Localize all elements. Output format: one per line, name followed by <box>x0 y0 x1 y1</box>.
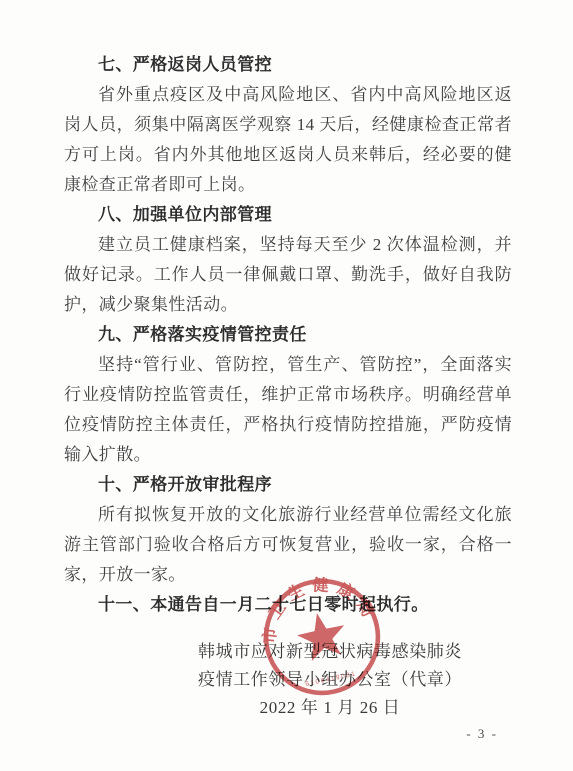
official-seal: 市卫生健康局 6106419031 <box>261 576 383 698</box>
section-paragraph: 省外重点疫区及中高风险地区、省内中高风险地区返岗人员，须集中隔离医学观察 14 … <box>64 80 512 200</box>
section-10: 十、严格开放审批程序 所有拟恢复开放的文化旅游行业经营单位需经文化旅游主管部门验… <box>64 470 512 590</box>
section-8: 八、加强单位内部管理 建立员工健康档案，坚持每天至少 2 次体温检测，并做好记录… <box>64 200 512 320</box>
section-9: 九、严格落实疫情管控责任 坚持“管行业、管防控，管生产、管防控”，全面落实行业疫… <box>64 320 512 470</box>
signature-date: 2022 年 1 月 26 日 <box>110 694 550 722</box>
section-heading: 九、严格落实疫情管控责任 <box>64 320 512 350</box>
page-number: - 3 - <box>466 726 498 742</box>
section-7: 七、严格返岗人员管控 省外重点疫区及中高风险地区、省内中高风险地区返岗人员，须集… <box>64 50 512 200</box>
section-heading: 八、加强单位内部管理 <box>64 200 512 230</box>
section-heading: 七、严格返岗人员管控 <box>64 50 512 80</box>
document-body: 七、严格返岗人员管控 省外重点疫区及中高风险地区、省内中高风险地区返岗人员，须集… <box>64 50 512 620</box>
section-paragraph: 建立员工健康档案，坚持每天至少 2 次体温检测，并做好记录。工作人员一律佩戴口罩… <box>64 230 512 320</box>
document-page: 七、严格返岗人员管控 省外重点疫区及中高风险地区、省内中高风险地区返岗人员，须集… <box>0 0 573 771</box>
section-heading: 十、严格开放审批程序 <box>64 470 512 500</box>
seal-star-icon <box>293 608 350 663</box>
section-paragraph: 坚持“管行业、管防控，管生产、管防控”，全面落实行业疫情防控监管责任，维护正常市… <box>64 350 512 470</box>
